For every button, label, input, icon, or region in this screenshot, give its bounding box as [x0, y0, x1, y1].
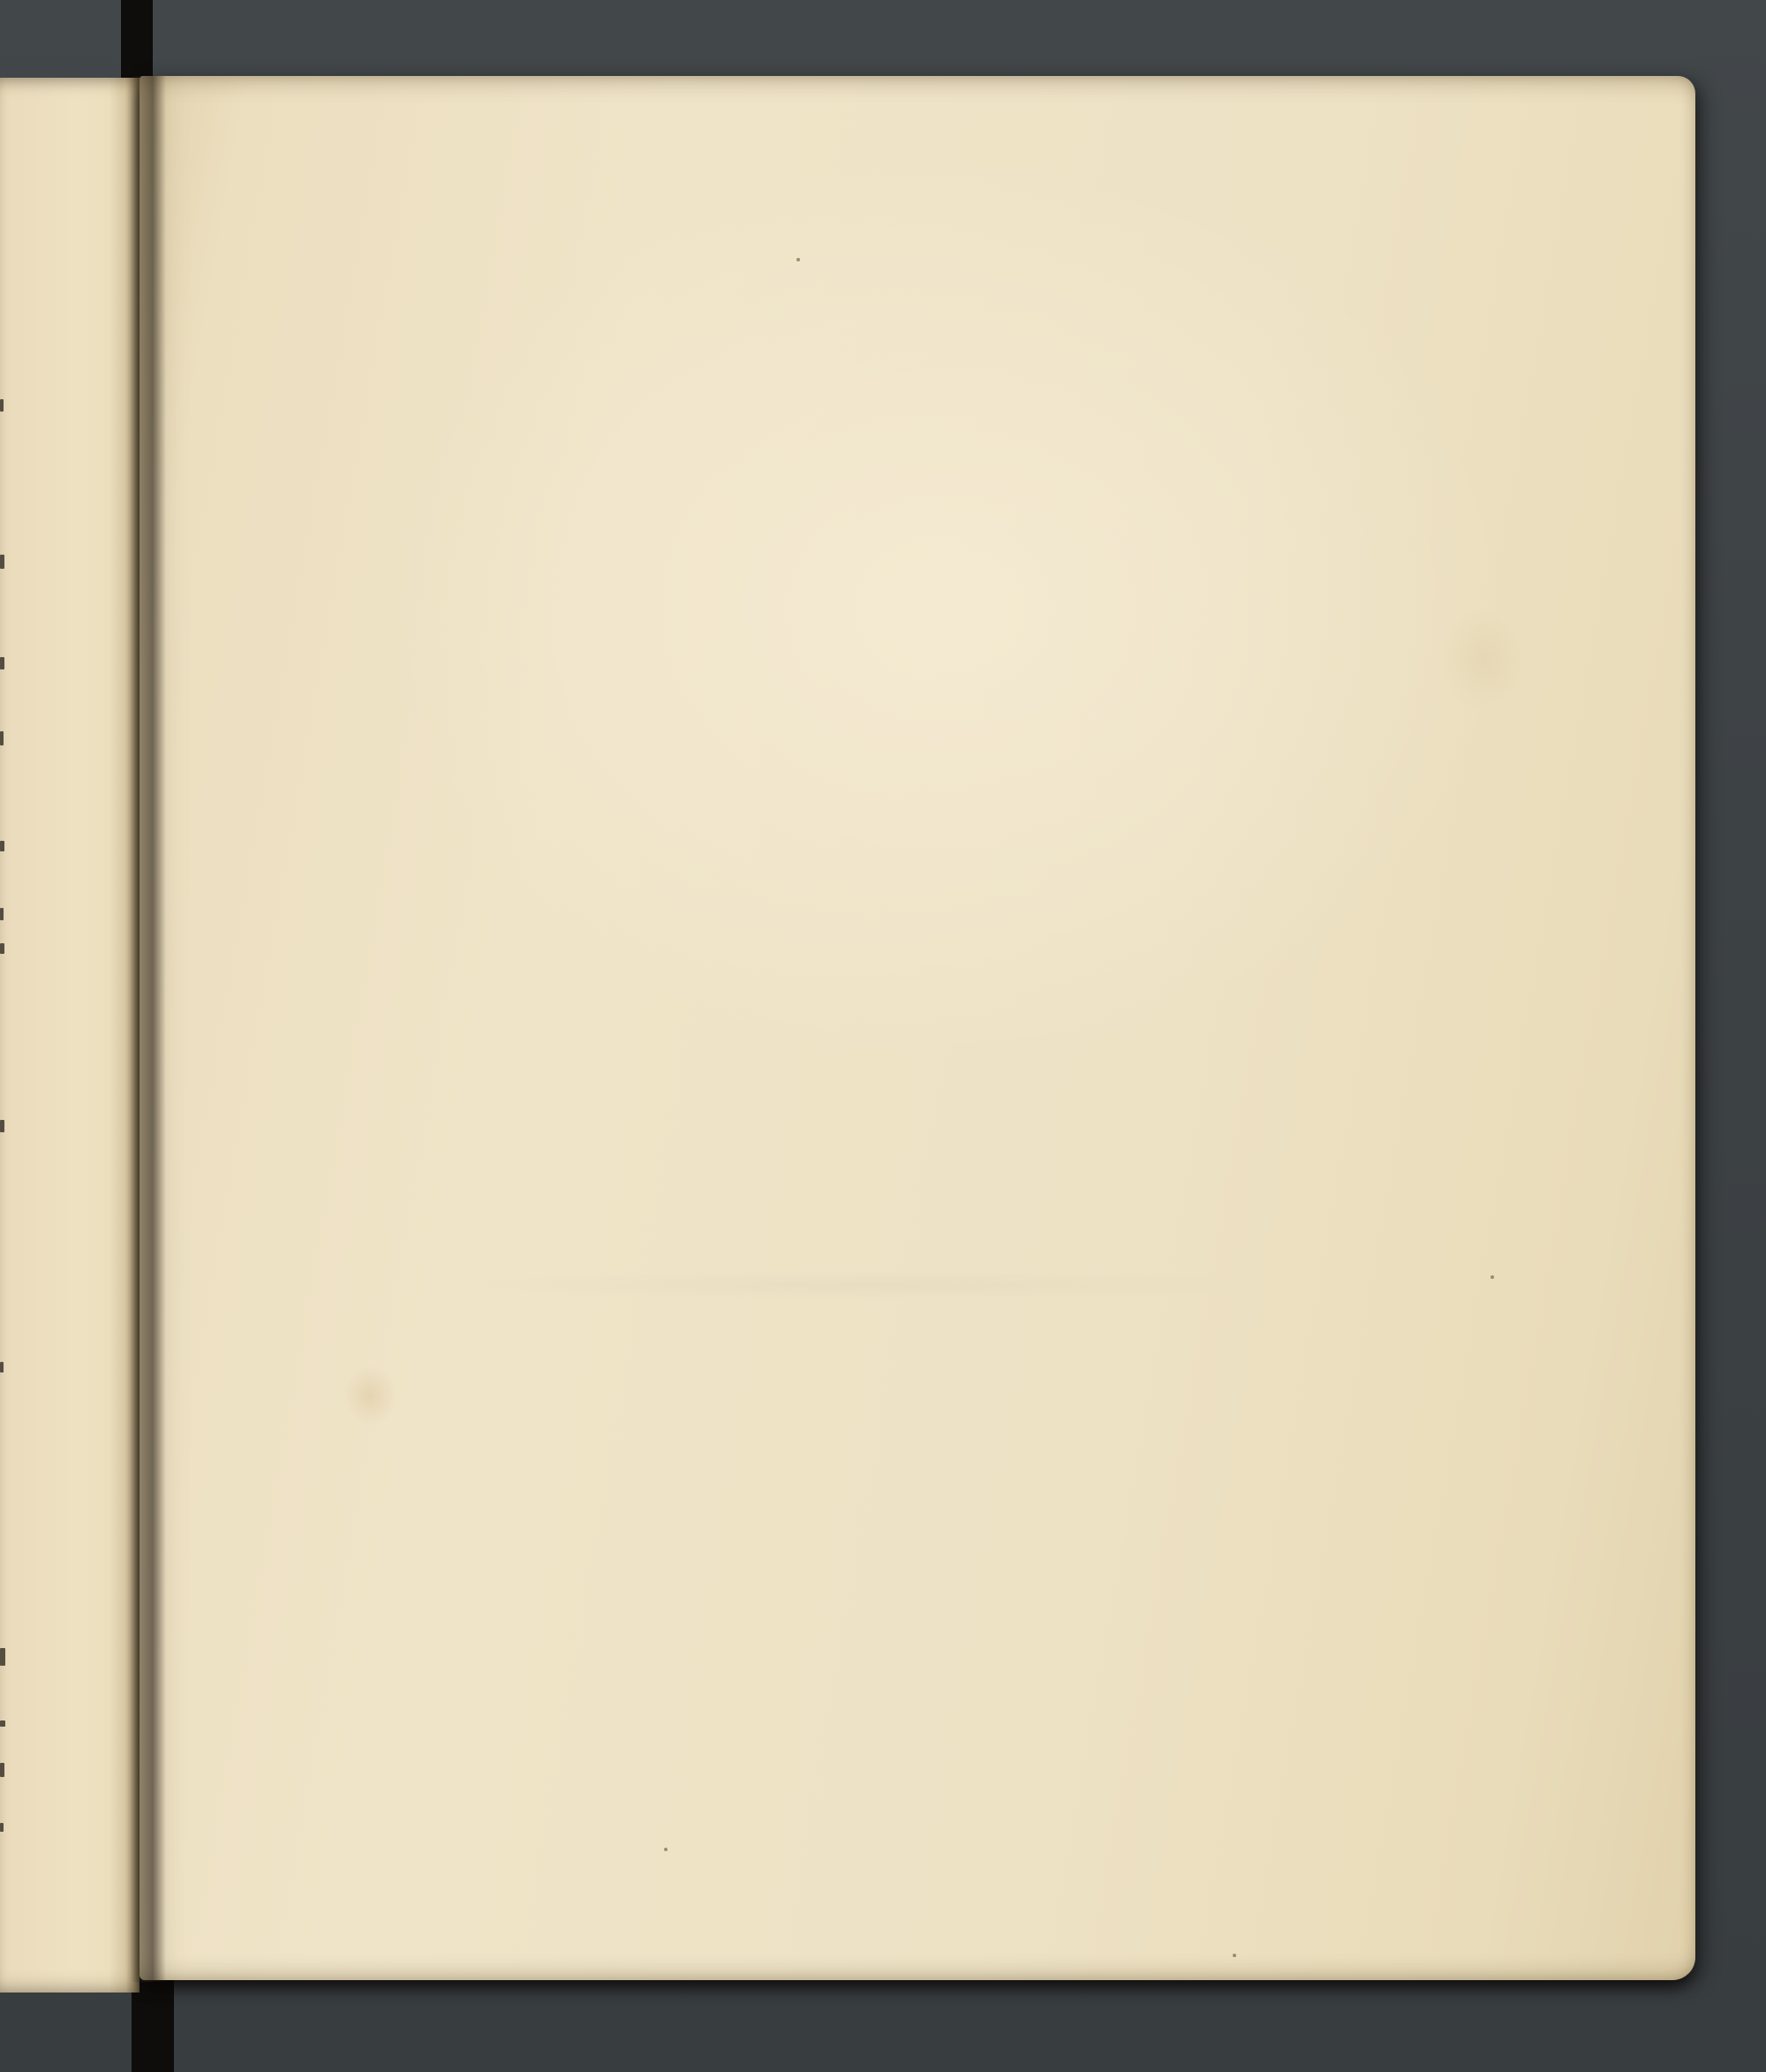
clipped-text-fragment	[0, 908, 4, 920]
paper-speck	[664, 1848, 668, 1851]
clipped-text-fragment	[0, 399, 4, 412]
clipped-text-fragment	[0, 943, 4, 954]
clipped-text-fragment	[0, 841, 4, 851]
clipped-text-fragment	[0, 555, 4, 569]
clipped-text-fragment	[0, 731, 4, 745]
paper-speck	[1491, 1275, 1494, 1279]
facing-page-edge	[0, 78, 140, 1993]
paper-speck	[1233, 1954, 1236, 1957]
page-gutter-crease	[131, 76, 166, 1982]
paper-stain	[1439, 606, 1526, 712]
clipped-text-fragment	[0, 1120, 4, 1132]
paper-speck	[796, 258, 800, 261]
clipped-text-fragment	[0, 1362, 4, 1373]
clipped-text-fragment	[0, 657, 4, 669]
clipped-text-fragment	[0, 1823, 4, 1832]
book-spine-tape-top	[121, 0, 153, 88]
clipped-text-fragment	[0, 1720, 5, 1727]
clipped-text-fragment	[0, 1648, 5, 1666]
clipped-text-fragment	[0, 1763, 4, 1777]
scan-background: 35 besuchten die Naturbrücke bei Krummen…	[0, 0, 1766, 2072]
paper-stain	[343, 1365, 397, 1426]
book-page	[140, 76, 1695, 1980]
paper-stain	[459, 1270, 1289, 1300]
